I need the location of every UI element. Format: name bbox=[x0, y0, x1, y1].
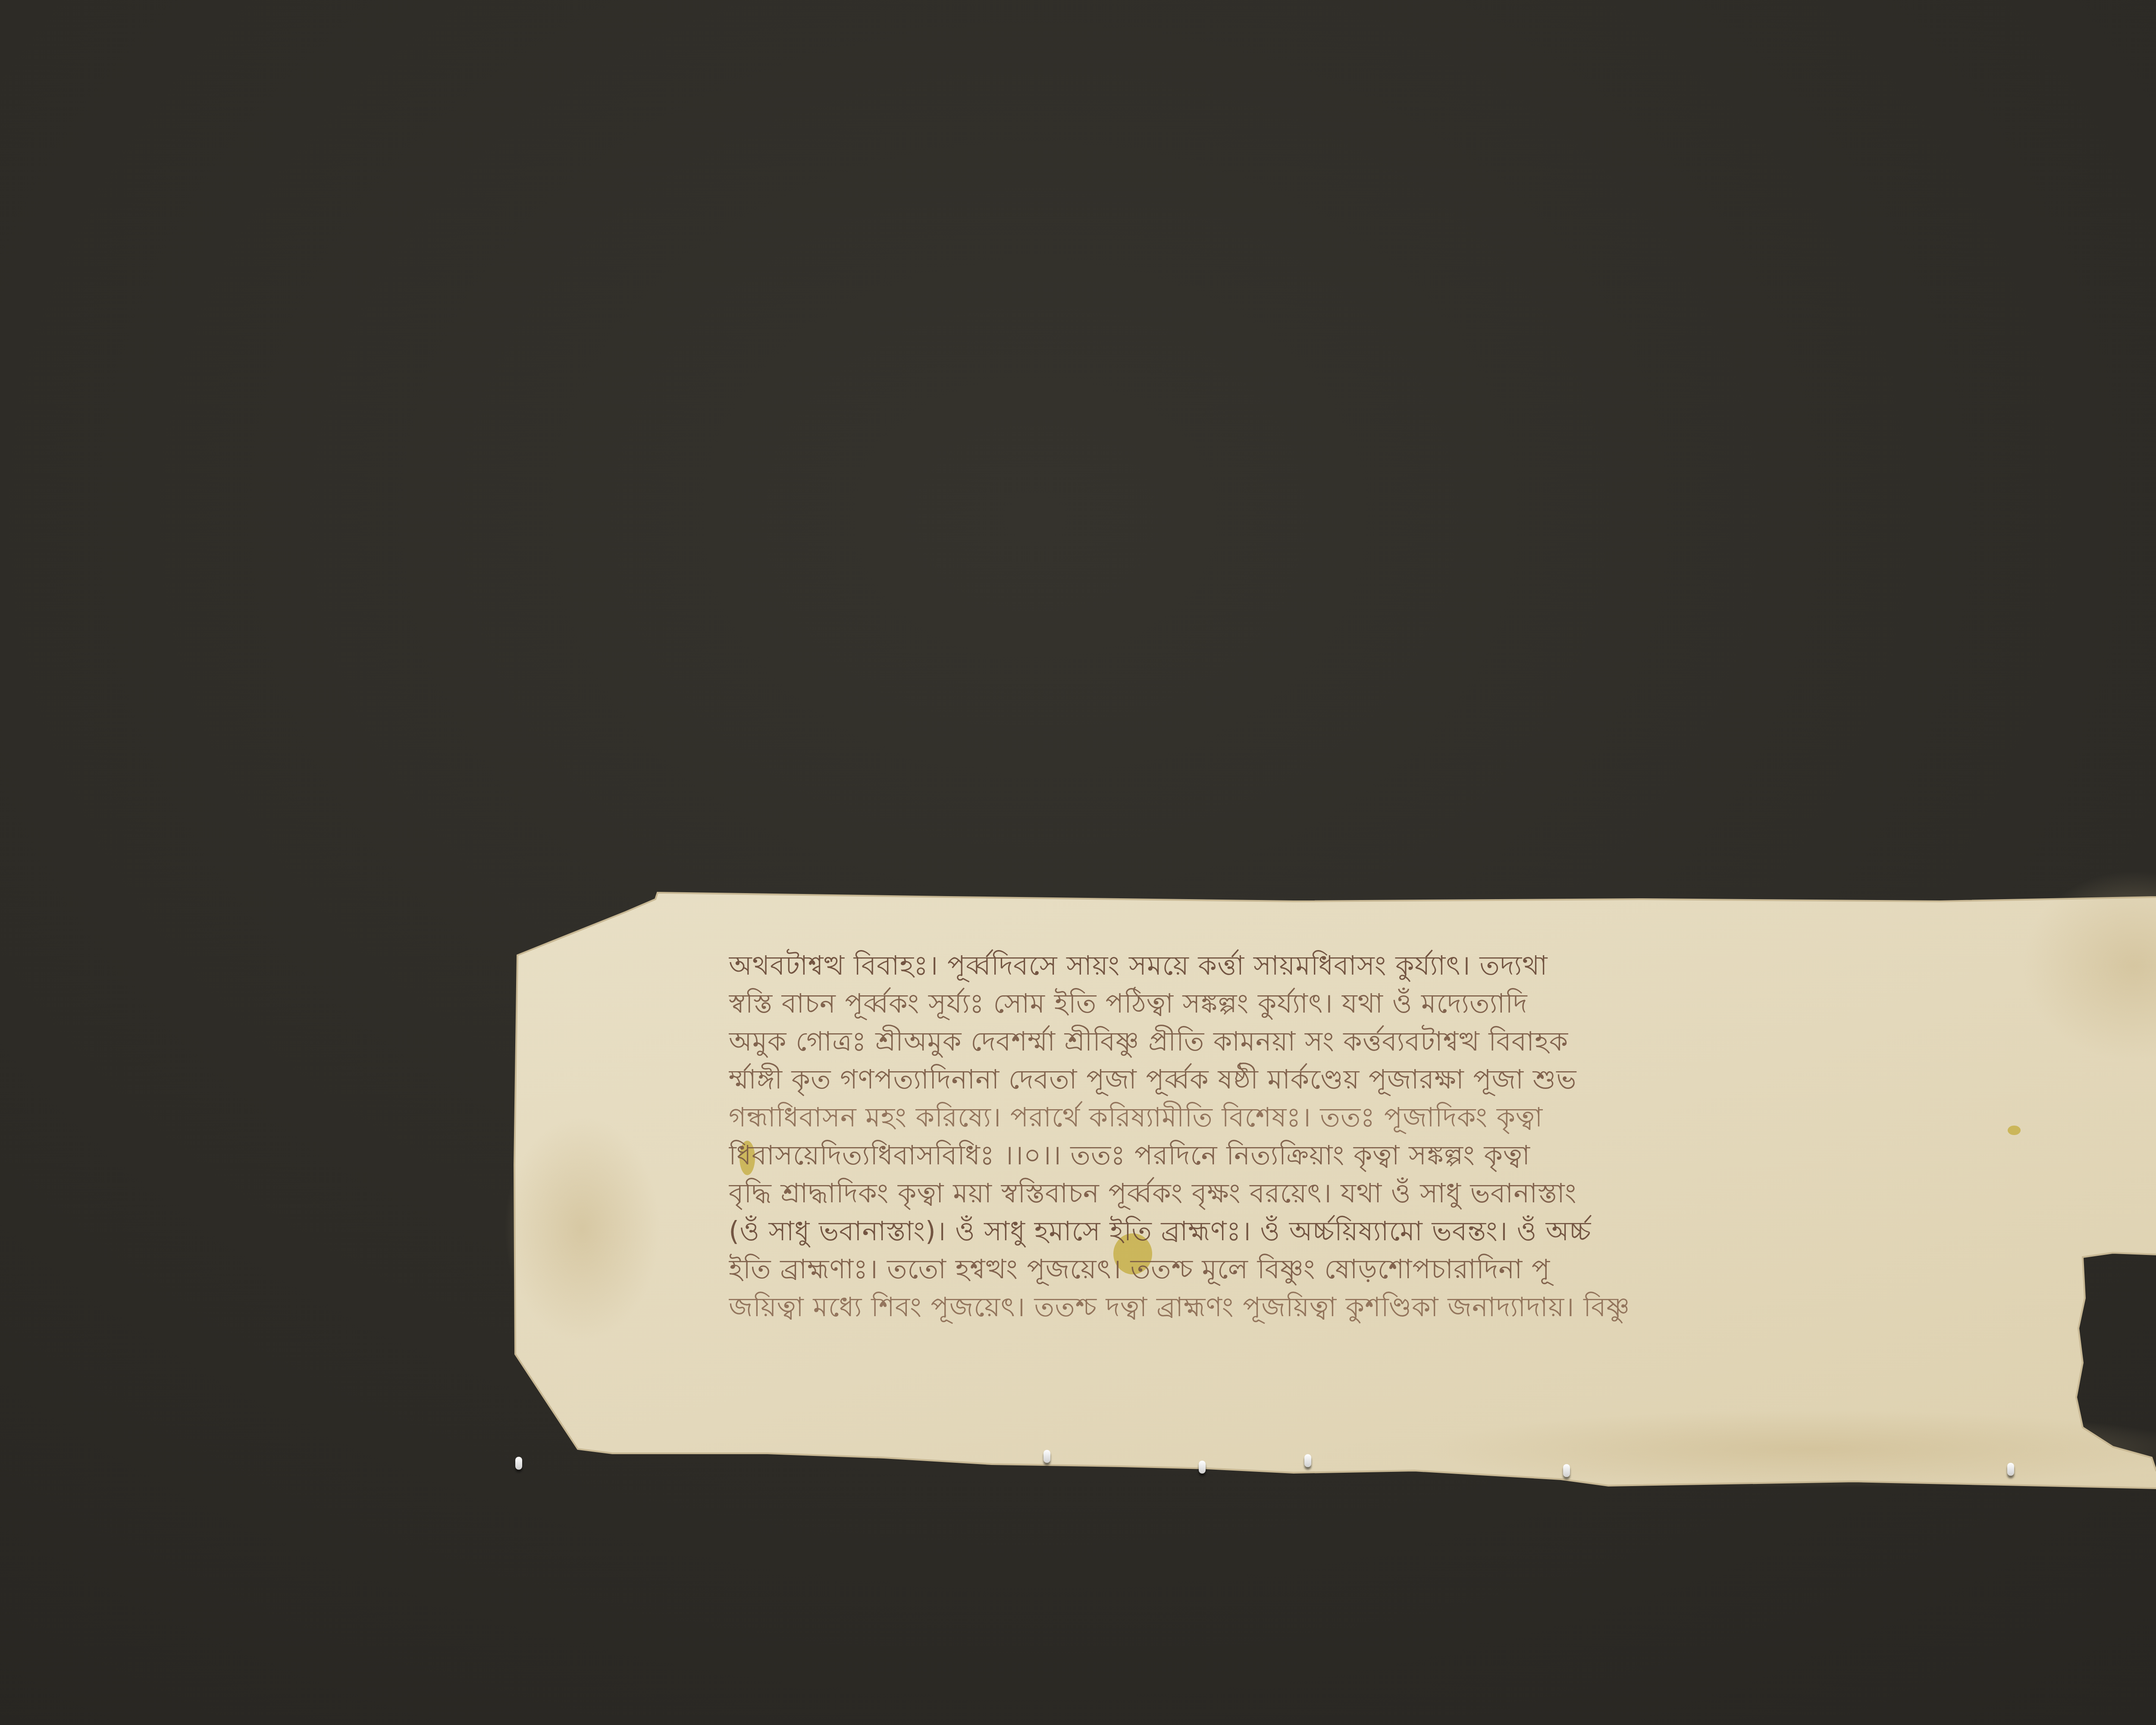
text-line: (ওঁ সাধু ভবানাস্তাং)। ওঁ সাধু হমাসে ইতি … bbox=[729, 1212, 2134, 1250]
text-line: ইতি ব্রাহ্মণাঃ। ততো হশ্বত্থং পূজয়েৎ। তত… bbox=[729, 1250, 2134, 1288]
mounting-pin bbox=[1304, 1454, 1311, 1467]
manuscript-text: অথবটাশ্বত্থ বিবাহঃ। পূর্ব্বদিবসে সায়ং স… bbox=[729, 947, 2134, 1326]
text-line: বৃদ্ধি শ্রাদ্ধাদিকং কৃত্বা ময়া স্বস্তিব… bbox=[729, 1174, 2134, 1212]
mounting-pin bbox=[1199, 1461, 1206, 1474]
text-line: অমুক গোত্রঃ শ্রীঅমুক দেবশর্ম্মা শ্রীবিষ্… bbox=[729, 1022, 2134, 1060]
manuscript-leaf bbox=[0, 0, 2156, 1725]
text-line: গন্ধাধিবাসন মহং করিষ্যে। পরার্থে করিষ্যা… bbox=[729, 1098, 2134, 1136]
text-line: অথবটাশ্বত্থ বিবাহঃ। পূর্ব্বদিবসে সায়ং স… bbox=[729, 947, 2134, 985]
mounting-pin bbox=[1044, 1450, 1050, 1463]
text-line: স্বস্তি বাচন পূর্ব্বকং সূর্য্যঃ সোম ইতি … bbox=[729, 985, 2134, 1022]
text-line: র্ম্মাঙ্গী কৃত গণপত্যাদিনানা দেবতা পূজা … bbox=[729, 1060, 2134, 1098]
mounting-pin bbox=[515, 1457, 522, 1470]
mounting-pin bbox=[1563, 1464, 1570, 1477]
text-line: ধিবাসয়েদিত্যধিবাসবিধিঃ ।।০।। ততঃ পরদিনে… bbox=[729, 1136, 2134, 1174]
mounting-pin bbox=[2007, 1463, 2014, 1476]
text-line: জয়িত্বা মধ্যে শিবং পূজয়েৎ। ততশ্চ দত্বা… bbox=[729, 1288, 2134, 1326]
photo-stage: অথবটাশ্বত্থ বিবাহঃ। পূর্ব্বদিবসে সায়ং স… bbox=[0, 0, 2156, 1725]
